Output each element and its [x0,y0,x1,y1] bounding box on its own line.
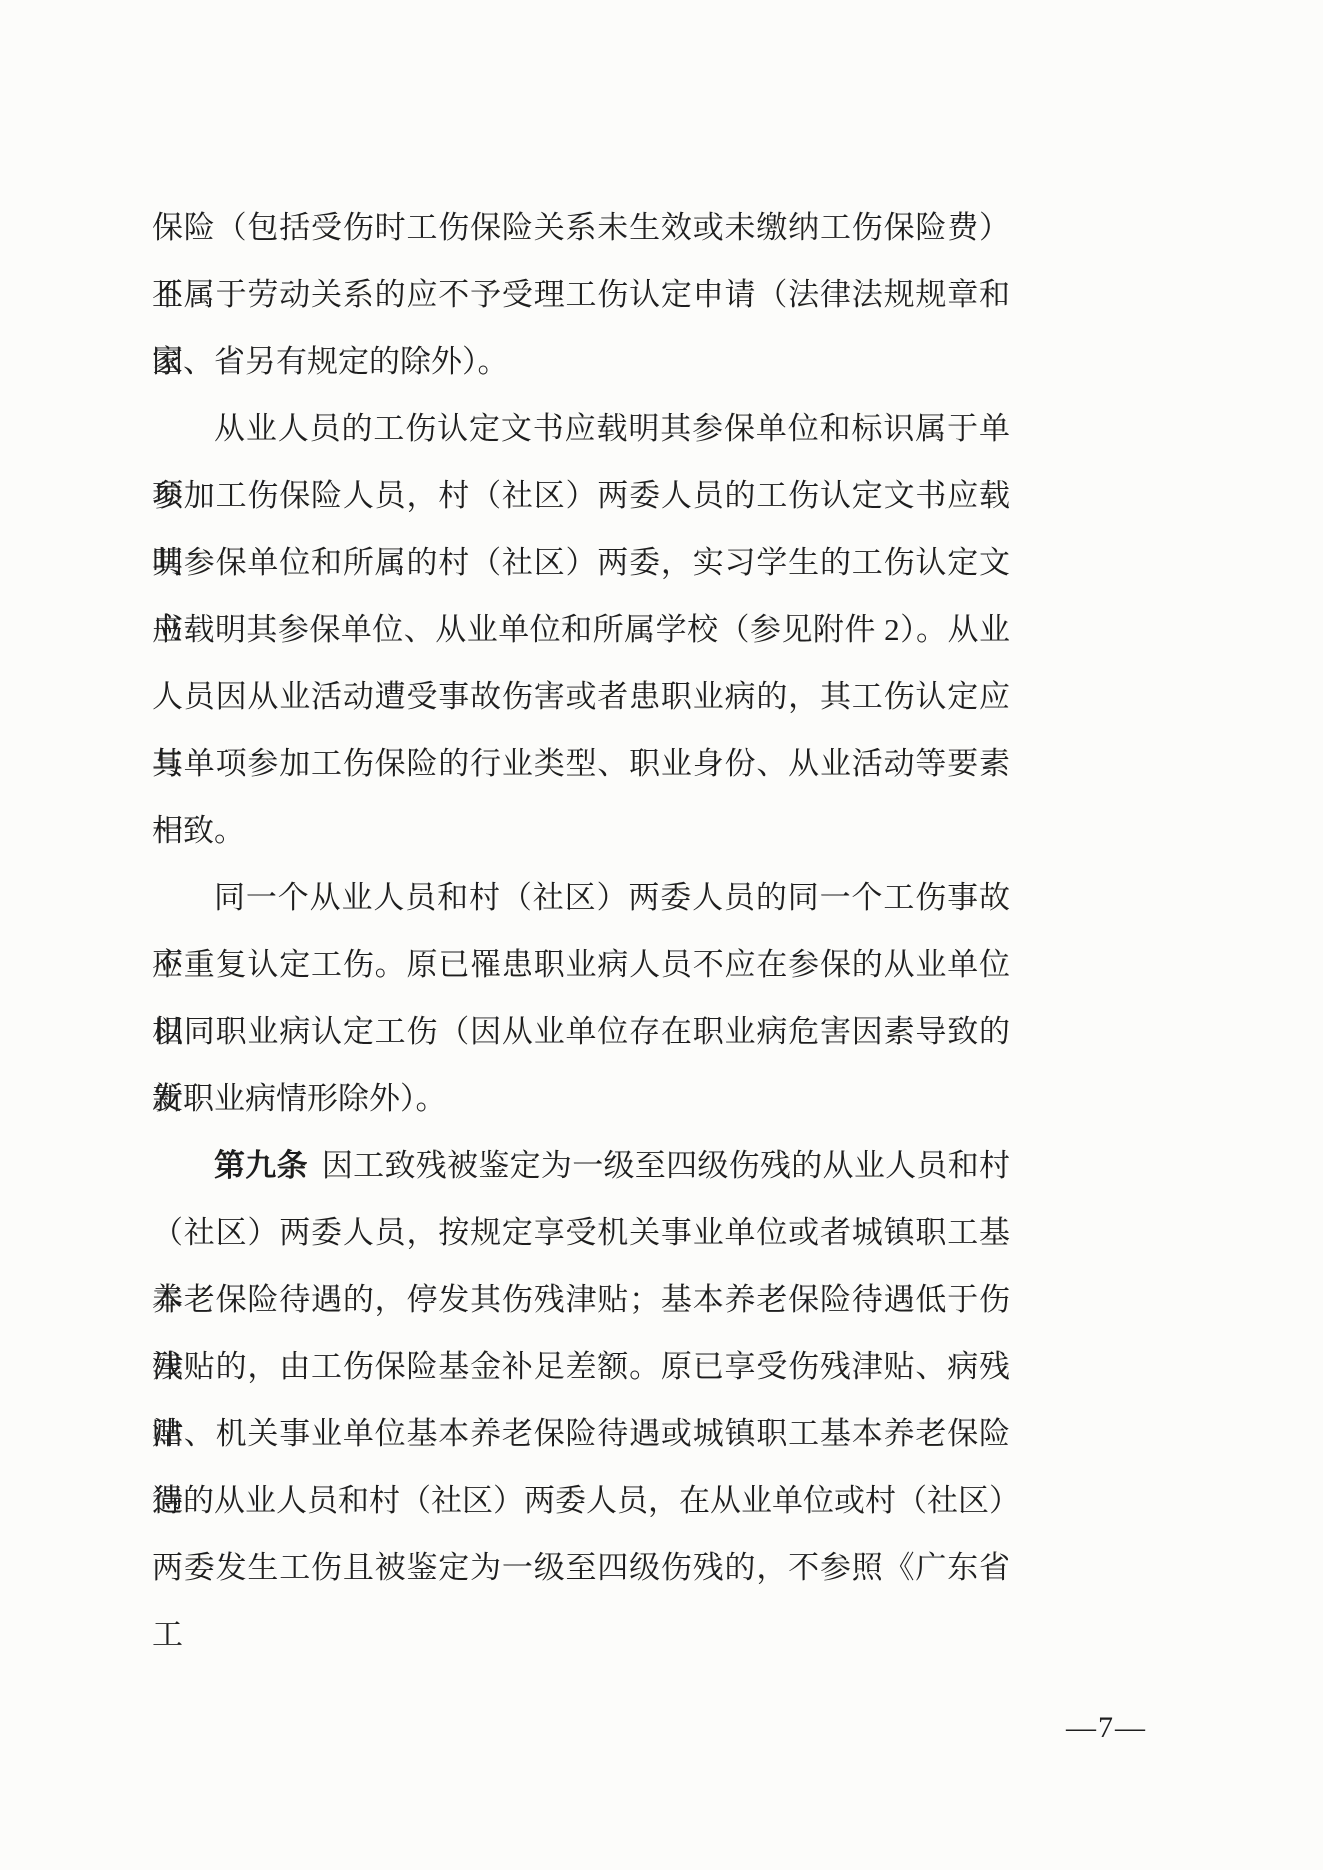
text-line: 津贴的，由工伤保险基金补足差额。原已享受伤残津贴、病残津 [152,1333,1010,1400]
text-line: 参加工伤保险人员，村（社区）两委人员的工伤认定文书应载明 [152,462,1010,529]
text-line: 相同职业病认定工伤（因从业单位存在职业病危害因素导致的新 [152,998,1010,1065]
text-line: 应载明其参保单位、从业单位和所属学校（参见附件 2）。从业 [152,596,1010,663]
document-page: 保险（包括受伤时工伤保险关系未生效或未缴纳工伤保险费）且 不属于劳动关系的应不予… [0,0,1323,1870]
text-line: （社区）两委人员，按规定享受机关事业单位或者城镇职工基本 [152,1199,1010,1266]
text-line: 遇的从业人员和村（社区）两委人员，在从业单位或村（社区） [152,1467,1010,1534]
page-number: —7— [1066,1710,1147,1746]
text-line: 其单项参加工伤保险的行业类型、职业身份、从业活动等要素相 [152,730,1010,797]
text-line: 第九条因工致残被鉴定为一级至四级伤残的从业人员和村 [152,1132,1010,1199]
text-line: 家、省另有规定的除外）。 [152,328,1010,395]
article-text: 因工致残被鉴定为一级至四级伤残的从业人员和村 [322,1148,1010,1183]
paragraph: 同一个从业人员和村（社区）两委人员的同一个工伤事故不 应重复认定工伤。原已罹患职… [152,864,1010,1132]
paragraph-article-9: 第九条因工致残被鉴定为一级至四级伤残的从业人员和村 （社区）两委人员，按规定享受… [152,1132,1010,1601]
paragraph: 保险（包括受伤时工伤保险关系未生效或未缴纳工伤保险费）且 不属于劳动关系的应不予… [152,194,1010,395]
text-line: 两委发生工伤且被鉴定为一级至四级伤残的，不参照《广东省工 [152,1534,1010,1601]
text-line: 保险（包括受伤时工伤保险关系未生效或未缴纳工伤保险费）且 [152,194,1010,261]
article-number-label: 第九条 [214,1148,308,1183]
paragraph: 从业人员的工伤认定文书应载明其参保单位和标识属于单项 参加工伤保险人员，村（社区… [152,395,1010,864]
text-line: 应重复认定工伤。原已罹患职业病人员不应在参保的从业单位以 [152,931,1010,998]
text-line: 人员因从业活动遭受事故伤害或者患职业病的，其工伤认定应与 [152,663,1010,730]
text-line: 同一个从业人员和村（社区）两委人员的同一个工伤事故不 [152,864,1010,931]
text-line: 不属于劳动关系的应不予受理工伤认定申请（法律法规规章和国 [152,261,1010,328]
text-line: 从业人员的工伤认定文书应载明其参保单位和标识属于单项 [152,395,1010,462]
text-line: 其参保单位和所属的村（社区）两委，实习学生的工伤认定文书 [152,529,1010,596]
text-line: 发职业病情形除外）。 [152,1065,1010,1132]
text-line: 养老保险待遇的，停发其伤残津贴；基本养老保险待遇低于伤残 [152,1266,1010,1333]
text-line: 一致。 [152,797,1010,864]
text-block: 保险（包括受伤时工伤保险关系未生效或未缴纳工伤保险费）且 不属于劳动关系的应不予… [152,194,1010,1601]
text-line: 贴、机关事业单位基本养老保险待遇或城镇职工基本养老保险待 [152,1400,1010,1467]
